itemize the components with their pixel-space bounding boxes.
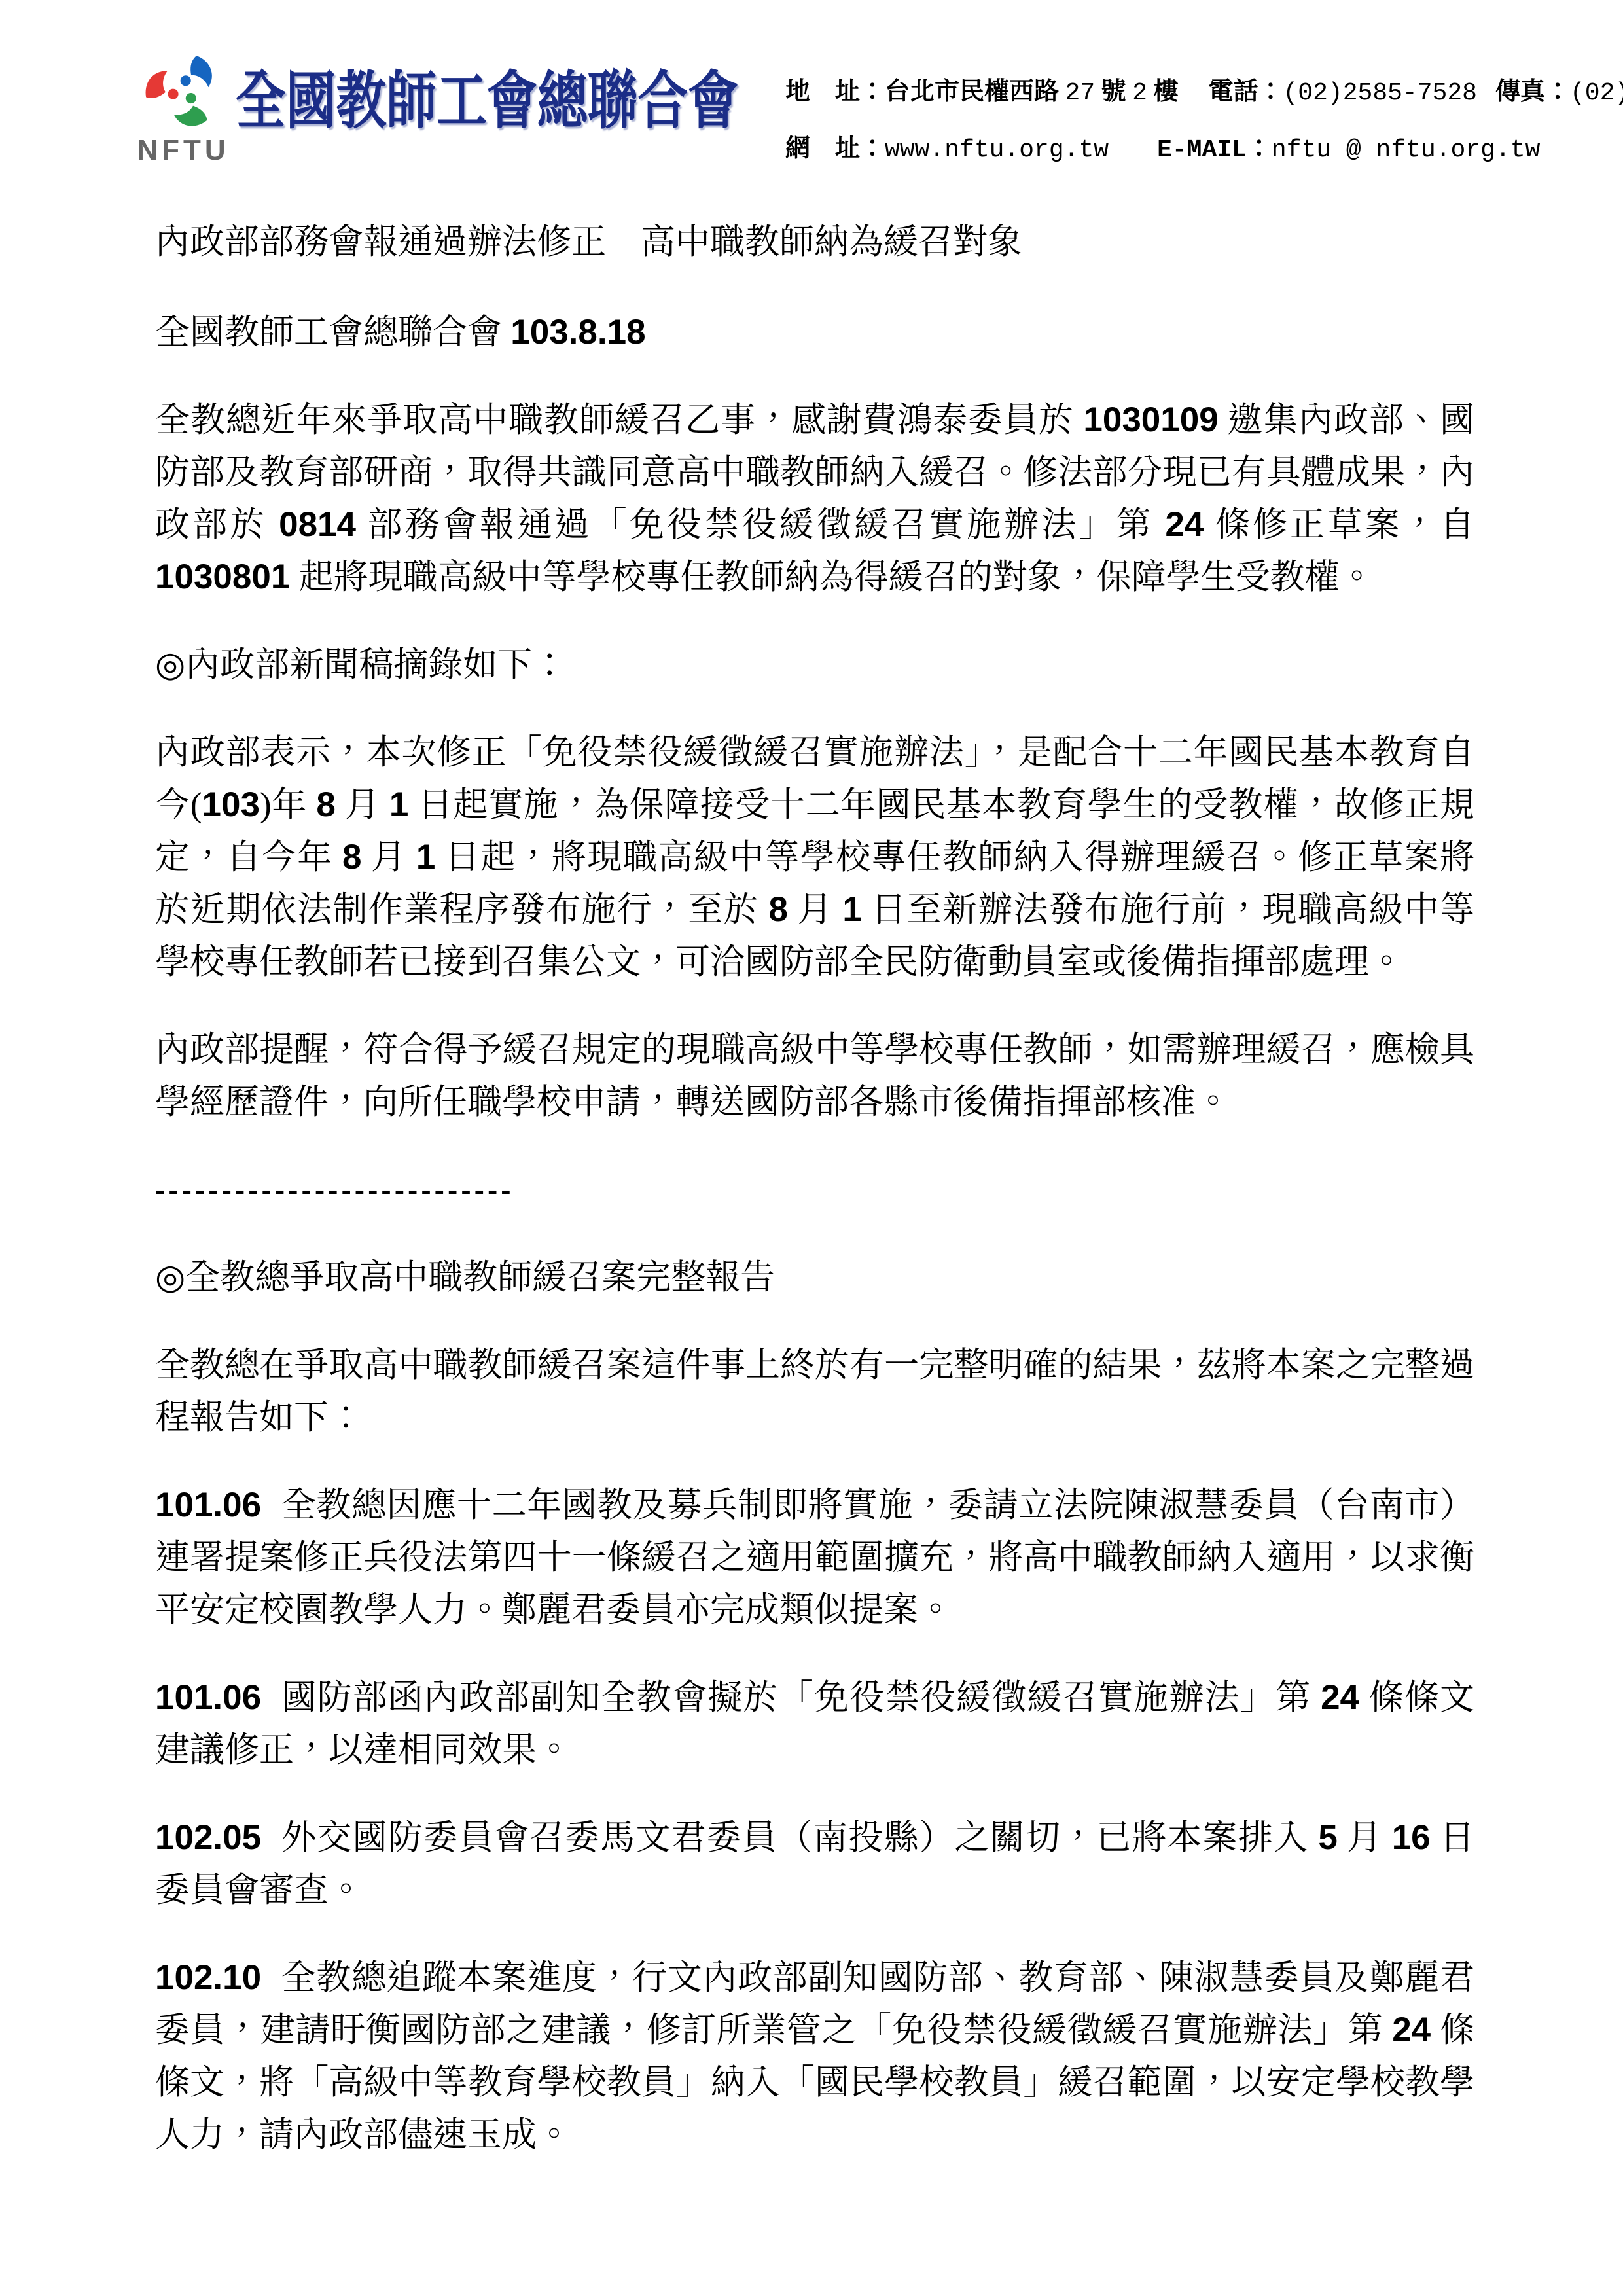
nftu-logo-mark: NFTU [131, 47, 236, 164]
timeline-text: 全教總追蹤本案進度，行文內政部副知國防部、教育部、陳淑慧委員及鄭麗君委員，建請盱… [155, 1959, 1474, 2154]
timeline-entry: 102.10全教總追蹤本案進度，行文內政部副知國防部、教育部、陳淑慧委員及鄭麗君… [155, 1952, 1474, 2161]
address-value: 台北市民權西路 27 號 2 樓 [885, 78, 1178, 105]
document-page: NFTU 全國教師工會總聯合會 地 址：台北市民權西路 27 號 2 樓電話：(… [0, 0, 1623, 2296]
nftu-acronym: NFTU [137, 136, 229, 165]
org-name-calligraphy: 全國教師工會總聯合會 [236, 52, 738, 151]
paragraph-report-intro: 全教總在爭取高中職教師緩召案這件事上終於有一完整明確的結果，茲將本案之完整過程報… [155, 1339, 1474, 1444]
paragraph-intro: 全教總近年來爭取高中職教師緩召乙事，感謝費鴻泰委員於 1030109 邀集內政部… [155, 394, 1474, 603]
paragraph-ministry-reminder: 內政部提醒，符合得予緩召規定的現職高級中等學校專任教師，如需辦理緩召，應檢具學經… [155, 1024, 1474, 1128]
fax-label: 傳真： [1495, 78, 1570, 105]
timeline-text: 全教總因應十二年國教及募兵制即將實施，委請立法院陳淑慧委員（台南市）連署提案修正… [155, 1486, 1474, 1629]
triskelion-figures-icon [134, 47, 232, 135]
timeline-text: 外交國防委員會召委馬文君委員（南投縣）之關切，已將本案排入 5 月 16 日委員… [155, 1819, 1474, 1909]
timeline-date: 101.06 [155, 1486, 261, 1524]
dashed-separator: --------------------------- [155, 1164, 1474, 1216]
phone-label: 電話： [1208, 78, 1283, 105]
section-heading-press-excerpt: ◎內政部新聞稿摘錄如下： [155, 639, 1474, 691]
website-value: www.nftu.org.tw [885, 136, 1109, 164]
timeline-date: 101.06 [155, 1678, 261, 1717]
document-body: 內政部部務會報通過辦法修正 高中職教師納為緩召對象 全國教師工會總聯合會 103… [155, 216, 1474, 2161]
timeline-date: 102.10 [155, 1958, 261, 1997]
contact-info: 地 址：台北市民權西路 27 號 2 樓電話：(02)2585-7528傳真：(… [785, 64, 1623, 178]
contact-line-address: 地 址：台北市民權西路 27 號 2 樓電話：(02)2585-7528傳真：(… [785, 64, 1623, 121]
fax-value: (02)2585-7559 [1570, 79, 1623, 107]
address-label: 地 址： [785, 78, 885, 105]
email-label: E-MAIL： [1157, 136, 1272, 164]
timeline-date: 102.05 [155, 1818, 261, 1857]
timeline-entry: 102.05外交國防委員會召委馬文君委員（南投縣）之關切，已將本案排入 5 月 … [155, 1812, 1474, 1916]
website-label: 網 址： [785, 135, 885, 162]
paragraph-ministry-statement: 內政部表示，本次修正「免役禁役緩徵緩召實施辦法」，是配合十二年國民基本教育自今(… [155, 726, 1474, 988]
timeline-entry: 101.06全教總因應十二年國教及募兵制即將實施，委請立法院陳淑慧委員（台南市）… [155, 1479, 1474, 1636]
section-heading-full-report: ◎全教總爭取高中職教師緩召案完整報告 [155, 1251, 1474, 1304]
timeline-entry: 101.06國防部函內政部副知全教會擬於「免役禁役緩徵緩召實施辦法」第 24 條… [155, 1672, 1474, 1776]
timeline-text: 國防部函內政部副知全教會擬於「免役禁役緩徵緩召實施辦法」第 24 條條文建議修正… [155, 1679, 1474, 1769]
document-title: 內政部部務會報通過辦法修正 高中職教師納為緩召對象 [155, 216, 1474, 268]
nftu-logo: NFTU 全國教師工會總聯合會 [131, 47, 864, 164]
contact-line-web: 網 址：www.nftu.org.twE-MAIL：nftu @ nftu.or… [785, 121, 1623, 178]
email-value: nftu @ nftu.org.tw [1272, 136, 1540, 164]
phone-value: (02)2585-7528 [1283, 79, 1477, 107]
byline-date: 全國教師工會總聯合會 103.8.18 [155, 306, 1474, 359]
letterhead: NFTU 全國教師工會總聯合會 地 址：台北市民權西路 27 號 2 樓電話：(… [131, 47, 1474, 178]
